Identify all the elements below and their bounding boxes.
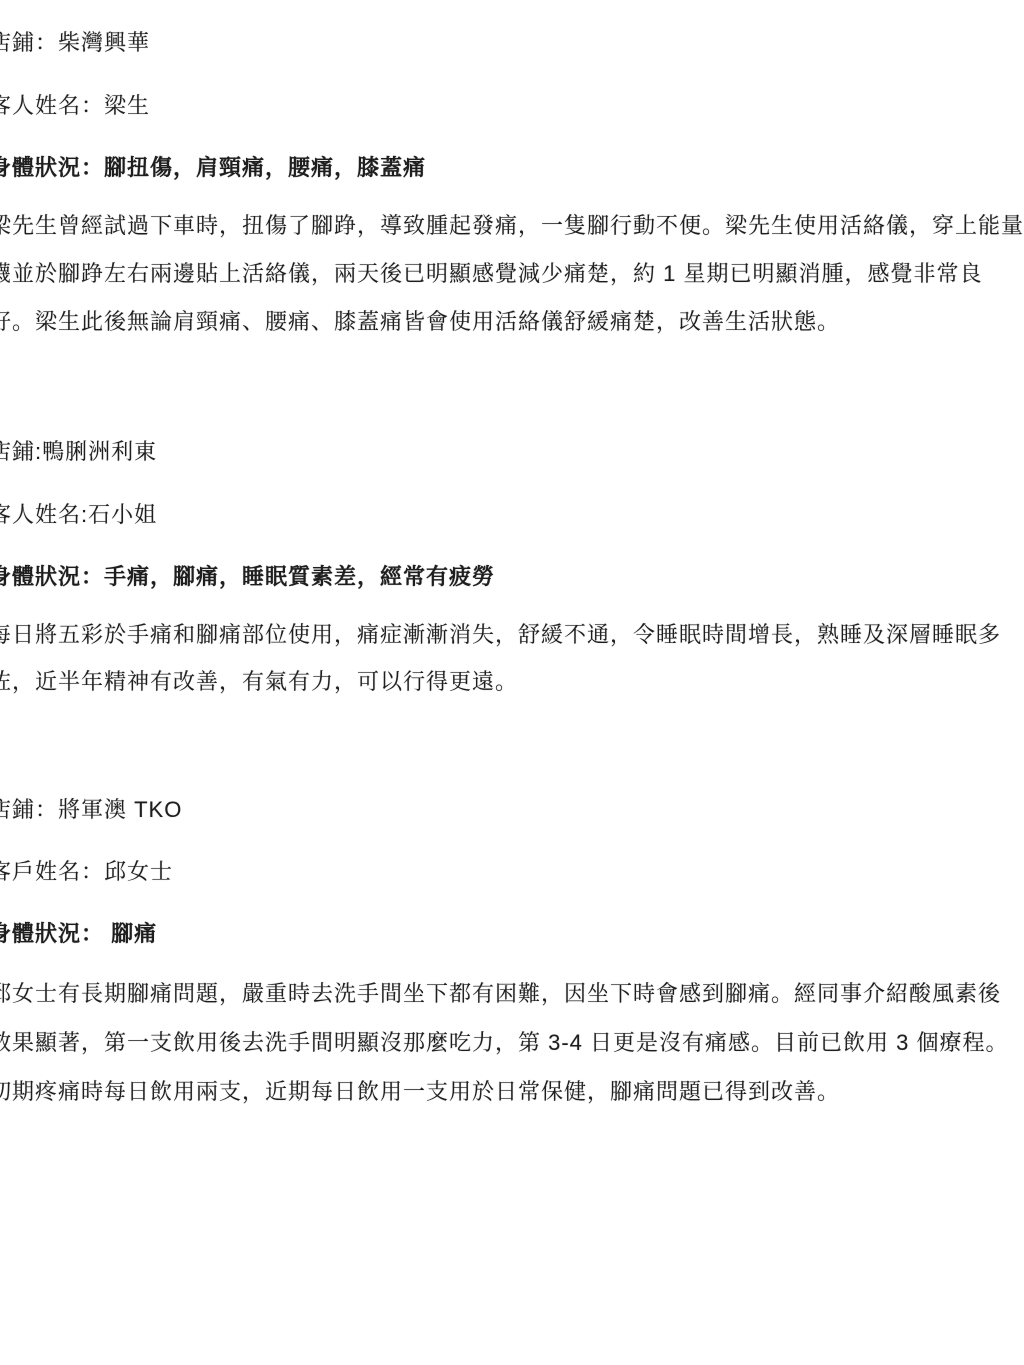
customer-testimonials-document: 店鋪：柴灣興華 客人姓名：梁生 身體狀況：腳扭傷，肩頸痛，腰痛，膝蓋痛 梁先生曾… <box>0 0 1024 1365</box>
customer-name-line: 客戶姓名：邱女士 <box>0 860 173 884</box>
condition-line: 身體狀況：腳扭傷，肩頸痛，腰痛，膝蓋痛 <box>0 156 426 180</box>
testimonial-line: 邱女士有長期腳痛問題，嚴重時去洗手間坐下都有困難，因坐下時會感到腳痛。經同事介紹… <box>0 982 1001 1006</box>
testimonial-line: 好。梁生此後無論肩頸痛、腰痛、膝蓋痛皆會使用活絡儀舒緩痛楚，改善生活狀態。 <box>0 310 840 334</box>
customer-name-line: 客人姓名：梁生 <box>0 94 150 118</box>
testimonial-line: 襪並於腳踭左右兩邊貼上活絡儀，兩天後已明顯感覺減少痛楚，約 1 星期已明顯消腫，… <box>0 262 982 286</box>
condition-line: 身體狀況： 腳痛 <box>0 922 157 946</box>
testimonial-line: 咗，近半年精神有改善，有氣有力，可以行得更遠。 <box>0 670 518 694</box>
store-line: 店鋪：柴灣興華 <box>0 31 150 55</box>
testimonial-line: 每日將五彩於手痛和腳痛部位使用，痛症漸漸消失，舒緩不通，令睡眠時間增長，熟睡及深… <box>0 623 1001 647</box>
store-line: 店鋪：將軍澳 TKO <box>0 798 182 822</box>
condition-line: 身體狀況：手痛，腳痛，睡眠質素差，經常有疲勞 <box>0 565 495 589</box>
testimonial-line: 梁先生曾經試過下車時，扭傷了腳踭，導致腫起發痛，一隻腳行動不便。梁先生使用活絡儀… <box>0 214 1024 238</box>
testimonial-line: 初期疼痛時每日飲用兩支，近期每日飲用一支用於日常保健，腳痛問題已得到改善。 <box>0 1080 840 1104</box>
customer-name-line: 客人姓名:石小姐 <box>0 503 157 527</box>
testimonial-line: 效果顯著，第一支飲用後去洗手間明顯沒那麼吃力，第 3-4 日更是沒有痛感。目前已… <box>0 1031 1009 1055</box>
store-line: 店鋪:鴨脷洲利東 <box>0 440 157 464</box>
